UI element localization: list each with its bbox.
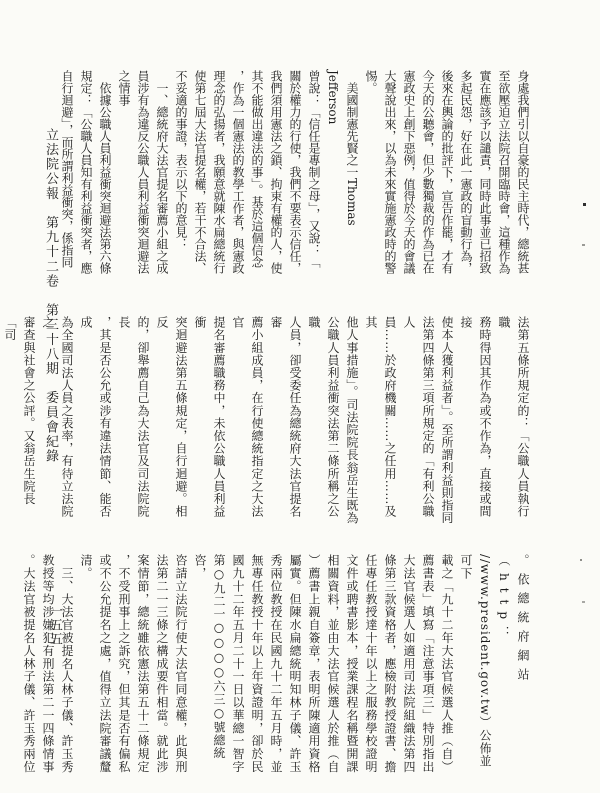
text-column: 員……於政府機關……之任用……及其: [361, 316, 399, 530]
text-column: 大聲說出來，以為未來實施憲政時的警: [380, 70, 399, 276]
text-column: 員涉有為違反公職人員利益衝突迴避法: [133, 70, 152, 276]
text-column: 。依總統府網站（http：: [494, 554, 532, 775]
text-column: ，作為一個憲法的教學工作者，與憲政: [228, 70, 247, 276]
text-column: 一、總統府大法官提名審薦小組之成: [152, 70, 171, 276]
scan-speck: [583, 203, 586, 206]
text-column: 至欲壓迫立法院召開臨時會，這種作為: [494, 70, 513, 276]
text-column: 使本人獲利益者」。至所謂利益則指同: [437, 316, 456, 530]
publication-info: 立法院公報 第九十二卷 第三十八期 委員會紀錄: [41, 128, 60, 464]
text-column: 依據公職人員利益衝突迴避法第六條: [95, 70, 114, 276]
scan-speck: [582, 244, 585, 246]
text-column: 屬實。但陳水扁總統明知林子儀、許玉: [285, 554, 304, 775]
text-column: 的，卻舉薦自己為大法官及司法院院長: [114, 316, 152, 530]
text-column: 之情事: [114, 70, 133, 276]
text-column: 美國制憲先賢之一Thomas Jefferson: [323, 70, 361, 276]
text-column: 不妥適的事證，表示以下的意見：: [171, 70, 190, 276]
text-column: 使第七屆大法官提名權，若干不合法、: [190, 70, 209, 276]
text-column: 提名審薦職務中，未依公職人員利益衝: [190, 316, 228, 530]
text-column: ）薦書上親自簽章，表明所陳適用資格: [304, 554, 323, 775]
text-column: 人員，卻受委任為總統府大法官提名審: [266, 316, 304, 530]
text-column: 法第四條第三項所規定的「有利公職人: [399, 316, 437, 530]
text-column: 關於權力的行使，我們不要表示信任，: [285, 70, 304, 276]
text-column: 載之「九十二年大法官候選人推（自）: [437, 554, 456, 775]
scan-speck: [582, 601, 585, 603]
text-column: 或不公允提名之處，值得立法院審議釐: [95, 554, 114, 775]
text-column: 規定：「公職人員知有利益衝突者，應: [76, 70, 95, 276]
text-column: 審查與社會之公評。又翁岳生院長「司: [0, 316, 38, 530]
text-column: 理念的弘揚者，我願意就陳水扁總統行: [209, 70, 228, 276]
text-column: 秀兩位教授在民國九十二年五月時，並: [266, 554, 285, 775]
text-column: 薦小組成員，在行使總統指定之大法官: [228, 316, 266, 530]
text-column: 法第五條所規定的：「公職人員執行職: [494, 316, 532, 530]
text-column: 三、大法官被提名人林子儀、許玉秀: [57, 554, 76, 775]
register-bottom: 。依總統府網站（http：//www.president.gov.tw）公佈並可…: [74, 554, 532, 775]
scan-speck: [580, 559, 582, 561]
text-column: 案情節，總統雖依憲法第五十二條規定: [133, 554, 152, 775]
text-column: 其不能做出違法的事」。基於這個信念: [247, 70, 266, 276]
text-column: 務時得因其作為或不作為，直接或間接: [456, 316, 494, 530]
gazette-page: 身處我們引以自豪的民主時代，總統甚至欲壓迫立法院召開臨時會，這種作為實在應該予以…: [0, 0, 600, 793]
text-column: ，不受刑事上之訴究，但其是否有偏私: [114, 554, 133, 775]
text-column: 後來在輿論的批評下，宣告作罷，才有: [437, 70, 456, 276]
register-top: 身處我們引以自豪的民主時代，總統甚至欲壓迫立法院召開臨時會，這種作為實在應該予以…: [74, 70, 532, 276]
text-column: 咨請立法院行使大法官同意權，此與刑: [171, 554, 190, 775]
text-column: 國九十二年五月二十一日以華總一智字: [228, 554, 247, 775]
register-middle: 法第五條所規定的：「公職人員執行職務時得因其作為或不作為，直接或間接使本人獲利益…: [74, 316, 532, 530]
text-column: 大法官候選人如適用司法院組織法第四: [399, 554, 418, 775]
text-column: //www.president.gov.tw）公佈並可下: [456, 554, 494, 775]
text-column: ，其是否公允或涉有違法情節、能否成: [76, 316, 114, 530]
text-column: 多起民怨，好在此一憲政的盲動行為，: [456, 70, 475, 276]
text-column: 法第二一三條之構成要件相當。就此涉: [152, 554, 171, 775]
text-column: 第○九二一○○○○六三○號總統咨，: [190, 554, 228, 775]
text-column: 條第三款資格者，應檢附教授證書、擔: [380, 554, 399, 775]
text-column: 我們須用憲法之鎖、拘束有權的人，使: [266, 70, 285, 276]
page-number: 一五五: [45, 604, 64, 646]
text-column: 惕。: [361, 70, 380, 276]
text-column: 實在應該予以譴責，同時此事並已招致: [475, 70, 494, 276]
text-column: 今天的公聽會，但少數獨裁的作為已在: [418, 70, 437, 276]
text-column: 。大法官被提名人林子儀、許玉秀兩位: [19, 554, 38, 775]
text-column: 薦書表」填寫「注意事項三」特別指出: [418, 554, 437, 775]
text-column: 清。: [76, 554, 95, 775]
text-column: 相關資料，並由大法官候選人於推（自: [323, 554, 342, 775]
text-column: 文件或聘書影本，授業課程名稱暨開課: [342, 554, 361, 775]
text-column: 身處我們引以自豪的民主時代，總統甚: [513, 70, 532, 276]
text-column: 無專任教授十年以上年資證明，卻於民: [247, 554, 266, 775]
text-column: 突迴避法第五條規定，自行迴避。相反: [152, 316, 190, 530]
text-column: 教授等均涉嫌犯有刑法第二一四條情事: [38, 554, 57, 775]
text-column: 公職人員利益衝突法第二條所稱之公職: [304, 316, 342, 530]
text-column: 他人事措施」。司法院院長翁岳生既為: [342, 316, 361, 530]
text-column: 任專任教授達十年以上之服務學校證明: [361, 554, 380, 775]
text-column: 憲政史上創下惡例，值得於今天的會議: [399, 70, 418, 276]
text-column: 曾說：「信任是專制之母」，又說：「: [304, 70, 323, 276]
